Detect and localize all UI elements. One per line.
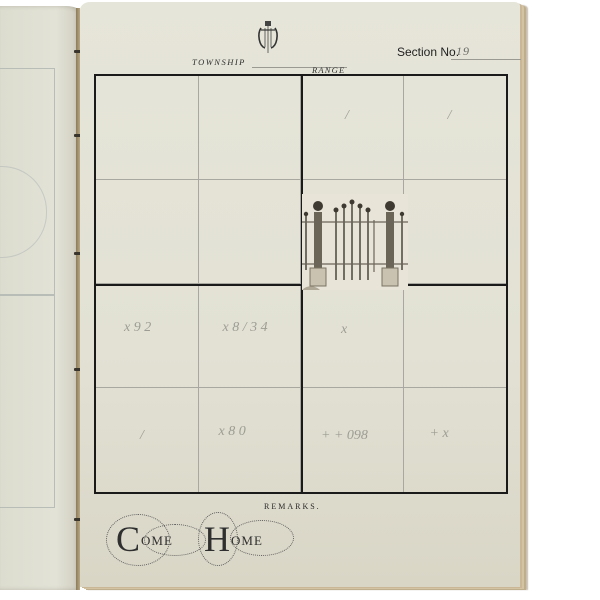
grid-cell [199,76,302,180]
section-label: Section No. [397,45,459,59]
iron-gate-illustration [302,194,408,290]
grid-cell: x 8 0 [199,388,302,492]
section-value: 19 [456,44,470,59]
grid-cell: x 9 2 [96,284,199,388]
grid-cell: x 8 / 3 4 [199,284,302,388]
left-page-frame-bottom [0,294,55,508]
come-home-motto: CCOMEOME HHOMEOME [106,510,306,568]
grid-cell: + + 098 [301,388,404,492]
grid-cell [96,76,199,180]
left-page [0,6,80,590]
lyre-icon [257,20,279,54]
grid-cell: / [404,76,507,180]
township-label: TOWNSHIP [192,57,246,67]
right-page: TOWNSHIP RANGE Section No. 19 / / x 9 2 … [80,2,520,587]
quarter-divider-horizontal [96,284,506,286]
grid-cell: + x [404,388,507,492]
motto-word-home: HHOMEOME [204,518,263,560]
motto-word-come: CCOMEOME [116,518,173,560]
grid-cell [199,180,302,284]
grid-cell: / [301,76,404,180]
section-field [451,59,521,60]
grid-cell [404,284,507,388]
plat-grid: / / x 9 2 x 8 / 3 4 x / x 8 0 + + 098 + … [94,74,508,494]
grid-cell: x [301,284,404,388]
grid-cell [96,180,199,284]
grid-cell: / [96,388,199,492]
grid-cell [404,180,507,284]
